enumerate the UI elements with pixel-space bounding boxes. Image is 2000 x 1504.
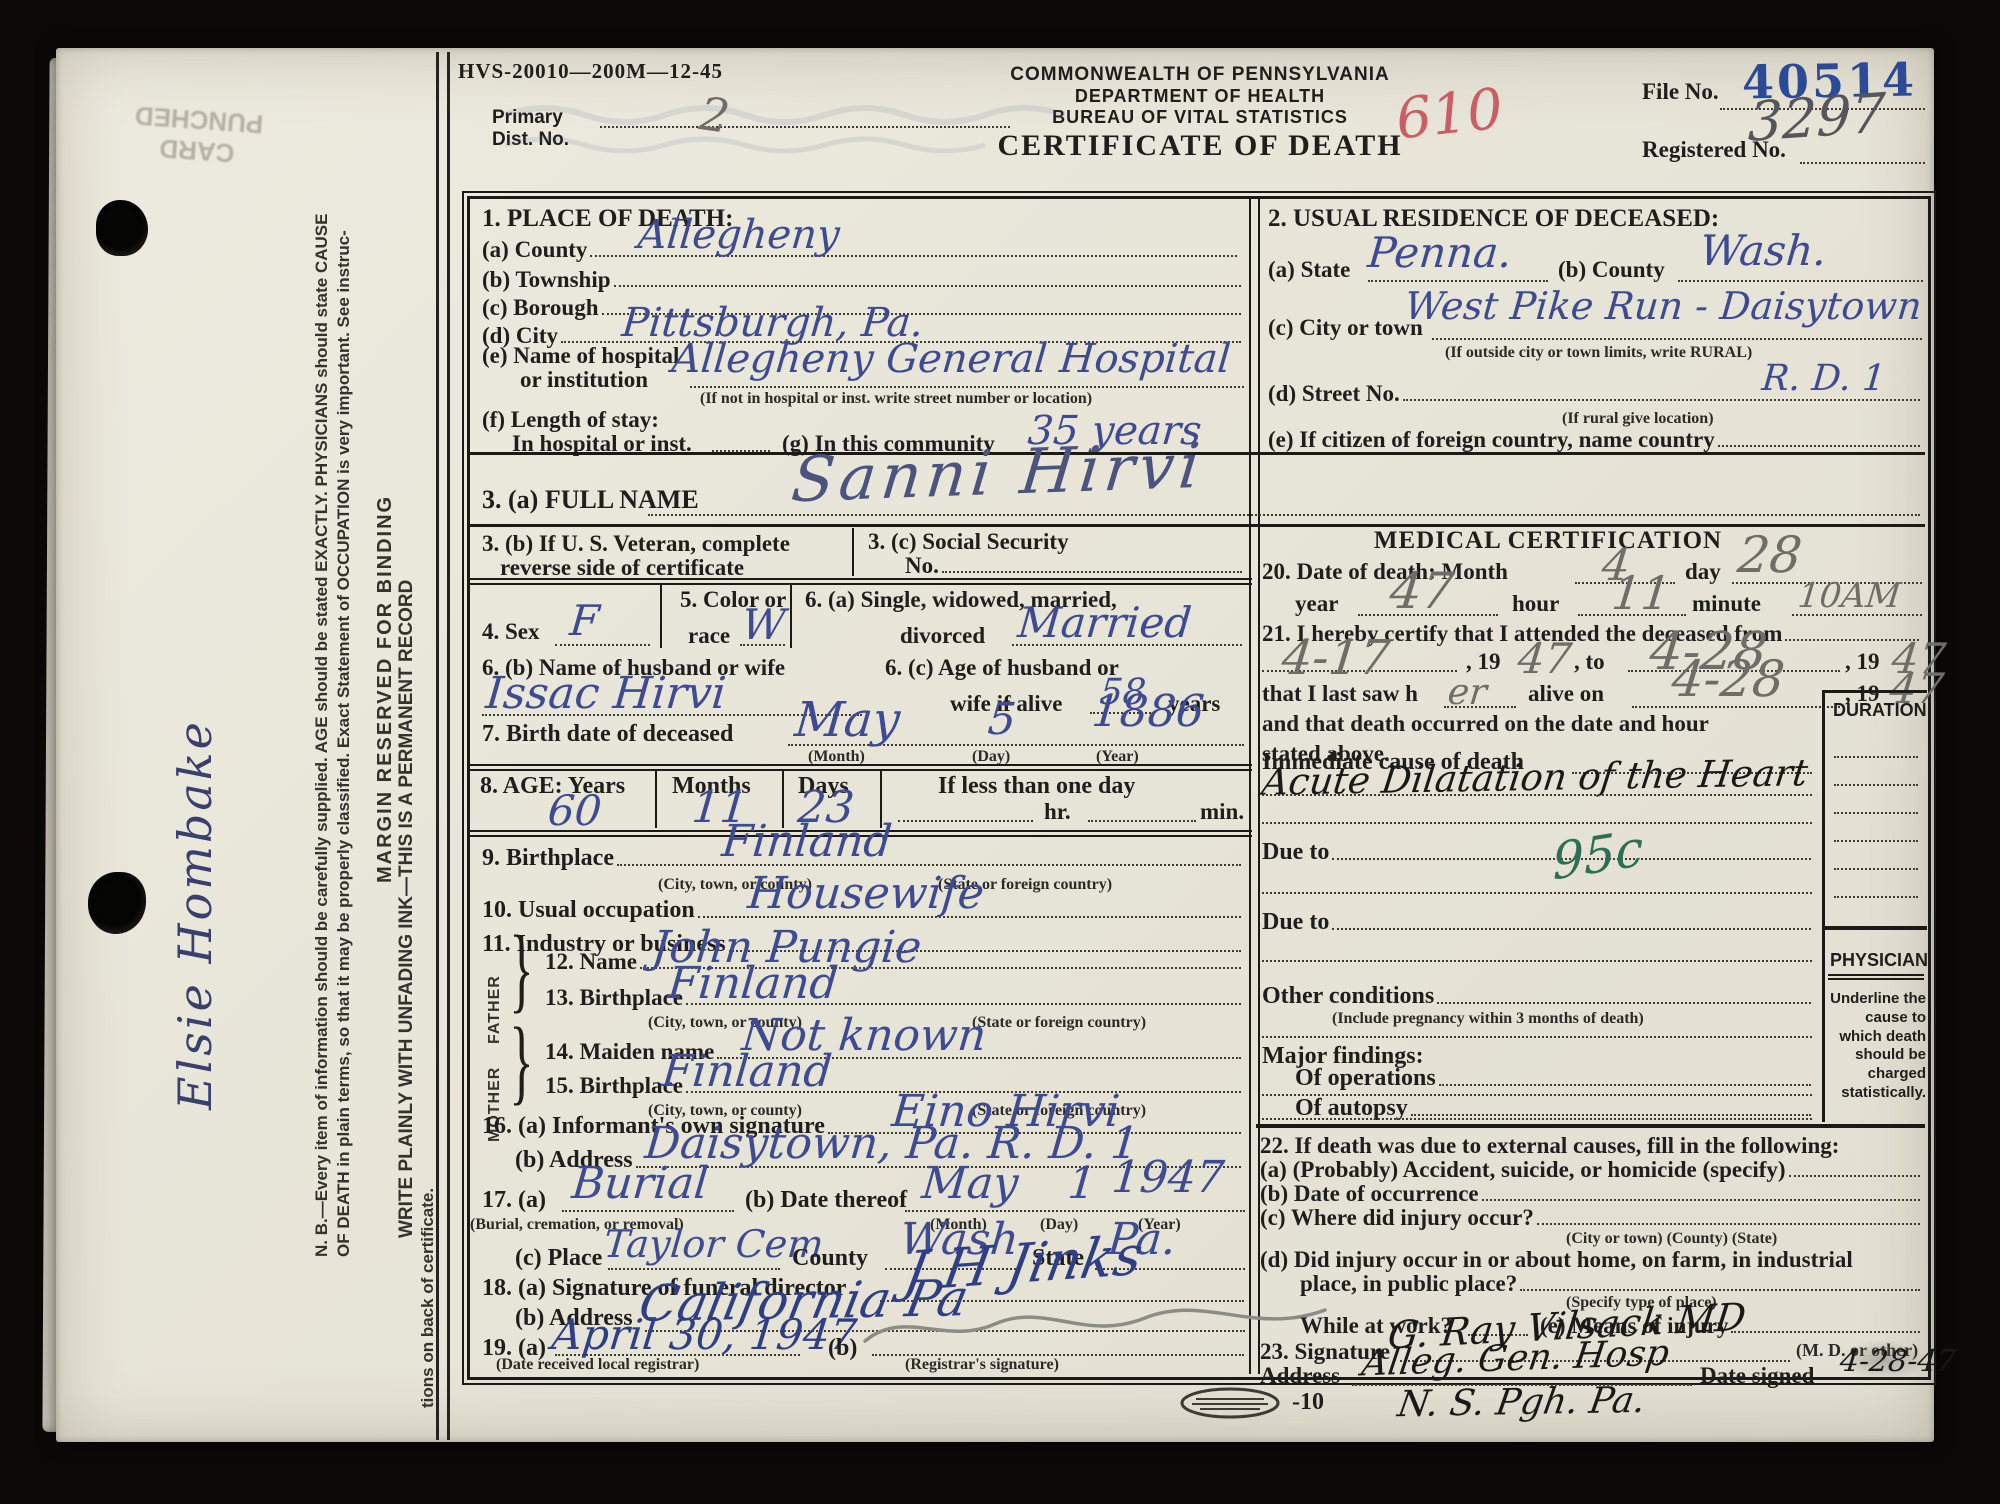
margin-note-nb2: OF DEATH in plain terms, so that it may …: [334, 112, 354, 1257]
physician-addr-value-2: N. S. Pgh. Pa.: [1395, 1380, 1649, 1425]
veteran-label-2: reverse side of certificate: [500, 556, 744, 580]
rule: [467, 583, 1252, 585]
registered-no-value: 3297: [1747, 81, 1886, 154]
ssn-label-1: 3. (c) Social Security: [868, 530, 1069, 554]
marital-value: Married: [1016, 598, 1194, 647]
last-saw-label: that I last saw h: [1262, 682, 1418, 706]
dotted-line: [1834, 896, 1918, 898]
rule: [1828, 974, 1924, 976]
dotted-line: [1834, 840, 1918, 842]
margin-note-ink: WRITE PLAINLY WITH UNFADING INK—THIS IS …: [396, 288, 418, 1238]
dotted-line: [1800, 162, 1925, 164]
mother-birthplace-value: Finland: [660, 1046, 834, 1097]
dotted-line: [1262, 1036, 1812, 1038]
race-label-2: race: [688, 624, 730, 648]
dotted-line: [614, 283, 1242, 287]
dotted-line: [1432, 338, 1922, 340]
burial-year-value: 1947: [1110, 1152, 1226, 1203]
age-less-label: If less than one day: [938, 774, 1135, 799]
birth-day-value: 5: [986, 694, 1018, 745]
dotted-line: [1718, 443, 1920, 447]
physician-addr-label: Address: [1260, 1364, 1340, 1388]
bleed-through-ghost: [500, 95, 1120, 165]
foreign-row: (e) If citizen of foreign country, name …: [1268, 428, 1923, 452]
birth-month-value: May: [793, 692, 903, 748]
duration-box-top: [1822, 690, 1927, 693]
rule: [1256, 1124, 1925, 1128]
dotted-line: [562, 1210, 734, 1212]
file-no-label: File No.: [1642, 80, 1719, 104]
father-name-label: 12. Name: [545, 950, 637, 974]
death-day-label: day: [1685, 560, 1721, 584]
dotted-line: [1834, 784, 1918, 786]
cell-divider: [660, 585, 662, 648]
last-seen-value: 4-28: [1669, 650, 1787, 708]
print-to: , to: [1574, 650, 1605, 674]
org-line1: COMMONWEALTH OF PENNSYLVANIA: [950, 64, 1450, 86]
due-to-1-label: Due to: [1262, 840, 1329, 865]
dotted-line: [1262, 960, 1812, 962]
father-birthplace-value: Finland: [666, 958, 840, 1009]
column-divider: [1249, 196, 1260, 1374]
death-minute-value: 10AM: [1796, 576, 1903, 616]
burial-value: Burial: [570, 1158, 711, 1209]
death-minute-label: minute: [1692, 592, 1761, 616]
marital-label-2: divorced: [900, 624, 985, 648]
footer-code: -10: [1292, 1390, 1324, 1415]
dotted-line: [1444, 706, 1516, 708]
burial-month-value: May: [920, 1158, 1021, 1209]
dotted-line: [1482, 1197, 1920, 1201]
hospital-label-2: or institution: [520, 368, 648, 392]
res-county-value: Wash.: [1698, 226, 1829, 275]
operations-label: Of operations: [1295, 1066, 1436, 1091]
attended-from-yy: 47: [1515, 634, 1574, 683]
death-day-value: 28: [1735, 526, 1805, 584]
dotted-line: [1437, 1000, 1811, 1004]
mother-brace: }: [509, 1008, 533, 1117]
registrar-date-caption: (Date received local registrar): [496, 1356, 699, 1374]
hospital-caption: (If not in hospital or inst. write stree…: [700, 390, 1092, 408]
father-birthplace-row: 13. Birthplace: [545, 986, 1244, 1010]
other-conditions-row: Other conditions: [1262, 984, 1814, 1009]
dotted-line: [898, 820, 1033, 822]
dotted-line: [1403, 397, 1920, 401]
dotted-line: [1262, 892, 1812, 894]
full-name-value: Sanni Hirvi: [788, 429, 1208, 517]
dotted-line: [1789, 1173, 1920, 1177]
other-conditions-caption: (Include pregnancy within 3 months of de…: [1332, 1010, 1644, 1028]
dotted-line: [1262, 822, 1812, 824]
external-c-caption: (City or town) (County) (State): [1566, 1230, 1777, 1248]
ssn-row: No.: [905, 554, 1245, 578]
operations-row: Of operations: [1295, 1066, 1814, 1091]
spouse-value: Issac Hirvi: [484, 668, 728, 719]
external-d-row: place, in public place?: [1300, 1272, 1923, 1296]
county-label: (a) County: [482, 238, 587, 262]
margin-note-nb3: tions on back of certificate.: [418, 1058, 438, 1408]
print-19a: , 19: [1466, 650, 1501, 674]
county-row: (a) County: [482, 238, 1240, 262]
external-d-label-1: (d) Did injury occur in or about home, o…: [1260, 1248, 1853, 1272]
duration-label: DURATION: [1833, 700, 1927, 721]
dotted-line: [690, 386, 1244, 388]
dotted-line: [1537, 1221, 1920, 1225]
burial-county-label: County: [792, 1246, 868, 1271]
cell-divider: [790, 585, 792, 648]
margin-note-nb1: N. B.—Every item of information should b…: [312, 112, 332, 1257]
birthplace-label: 9. Birthplace: [482, 846, 614, 871]
occupation-value: Housewife: [746, 868, 986, 919]
foreign-label: (e) If citizen of foreign country, name …: [1268, 428, 1715, 452]
street-row: (d) Street No.: [1268, 382, 1923, 406]
attended-from-value: 4-17: [1279, 630, 1393, 686]
external-c-label: (c) Where did injury occur?: [1260, 1206, 1534, 1230]
dotted-line: [1368, 280, 1548, 282]
print-19b: , 19: [1845, 650, 1880, 674]
dotted-line: [1439, 1082, 1811, 1086]
cell-divider: [655, 771, 657, 828]
registrar-sig-caption: (Registrar's signature): [905, 1356, 1059, 1374]
death-hour-value: 11: [1609, 566, 1673, 620]
external-heading: 22. If death was due to external causes,…: [1260, 1134, 1839, 1158]
township-label: (b) Township: [482, 268, 611, 292]
birthdate-label: 7. Birth date of deceased: [482, 722, 733, 747]
card-punched-stamp: CARD PUNCHED: [126, 99, 270, 171]
dotted-line: [1731, 1329, 1920, 1333]
alive-on-label: alive on: [1528, 682, 1604, 706]
form-code: HVS-20010—200M—12-45: [458, 60, 723, 82]
hospital-label-1: (e) Name of hospital: [482, 344, 679, 368]
borough-label: (c) Borough: [482, 296, 599, 320]
hr-label: hr.: [1044, 800, 1071, 824]
external-b-row: (b) Date of occurrence: [1260, 1182, 1923, 1206]
dotted-line: [608, 1268, 780, 1270]
county-value: Allegheny: [636, 212, 842, 258]
sex-value: F: [568, 596, 601, 645]
res-county-label: (b) County: [1558, 258, 1665, 282]
death-year-label: year: [1295, 592, 1338, 616]
physician-note: Underline the cause to which death shoul…: [1826, 990, 1926, 1103]
due-to-2-row: Due to: [1262, 910, 1814, 935]
date-signed-value: 4-28-47: [1838, 1344, 1957, 1379]
external-b-label: (b) Date of occurrence: [1260, 1182, 1479, 1206]
race-value: W: [740, 600, 787, 649]
duration-box-left: [1822, 690, 1825, 1122]
dotted-line: [1262, 794, 1812, 796]
parents-caption-2: (State or foreign country): [972, 1014, 1146, 1032]
stay-label-1: (f) Length of stay:: [482, 408, 659, 432]
death-hour-label: hour: [1512, 592, 1559, 616]
township-row: (b) Township: [482, 268, 1244, 292]
margin-note-binding: MARGIN RESERVED FOR BINDING: [374, 438, 397, 883]
duration-box-divider: [1822, 926, 1927, 930]
father-birthplace-label: 13. Birthplace: [545, 986, 683, 1010]
age-years-value: 60: [546, 786, 604, 835]
other-conditions-label: Other conditions: [1262, 984, 1434, 1009]
birth-year-value: 1886: [1090, 686, 1206, 737]
dotted-line: [1834, 756, 1918, 758]
rule: [1828, 978, 1924, 980]
burial-date-label: (b) Date thereof: [745, 1188, 907, 1213]
sex-label: 4. Sex: [482, 620, 540, 644]
res-city-label: (c) City or town: [1268, 316, 1423, 340]
rule: [467, 578, 1252, 580]
dotted-line: [905, 1210, 1245, 1212]
punch-hole-top: [96, 200, 148, 256]
burial-place-label: (c) Place: [515, 1246, 602, 1271]
death-date-label: 20. Date of death: Month: [1262, 560, 1508, 584]
union-label-icon: [1178, 1386, 1288, 1420]
margin-double-rule: [436, 52, 450, 1440]
registrar-sig-label: (b): [828, 1336, 857, 1361]
photograph-of-death-certificate: { "header": { "form_code": "HVS-20010—20…: [0, 0, 2000, 1504]
dotted-line: [1678, 280, 1923, 282]
dotted-line: [1262, 1118, 1812, 1120]
margin-pencil-name: Elsie Hombake: [168, 490, 222, 1110]
physician-label: PHYSICIAN: [1830, 950, 1928, 971]
burial-day-value: 1: [1066, 1158, 1098, 1209]
dotted-line: [617, 862, 1241, 866]
res-city-value: West Pike Run - Daisytown: [1403, 284, 1923, 328]
min-label: min.: [1200, 800, 1244, 824]
due-to-2-label: Due to: [1262, 910, 1329, 935]
street-caption: (If rural give location): [1562, 410, 1714, 428]
dotted-line: [1834, 812, 1918, 814]
father-side-label: FATHER: [486, 948, 504, 1044]
burial-label: 17. (a): [482, 1188, 546, 1213]
registrar-date-value: April 30, 1947: [549, 1310, 859, 1359]
external-a-row: (a) (Probably) Accident, suicide, or hom…: [1260, 1158, 1923, 1182]
red-stamp-610: 610: [1393, 77, 1506, 153]
external-c-row: (c) Where did injury occur?: [1260, 1206, 1923, 1230]
due-to-1-row: Due to: [1262, 840, 1814, 865]
date-signed-label: Date signed: [1700, 1364, 1814, 1388]
hospital-value: Allegheny General Hospital: [670, 336, 1232, 382]
dotted-line: [1411, 1112, 1811, 1116]
informant-address-value: Daisytown, Pa. R. D. 1: [643, 1118, 1141, 1169]
state-label: (a) State: [1268, 258, 1350, 282]
dotted-line: [1332, 926, 1811, 930]
dotted-line: [1520, 1287, 1920, 1291]
dotted-line: [942, 569, 1242, 573]
occurred-label: and that death occurred on the date and …: [1262, 712, 1709, 736]
veteran-label-1: 3. (b) If U. S. Veteran, complete: [482, 532, 790, 556]
cell-divider: [852, 528, 854, 576]
res-city-caption: (If outside city or town limits, write R…: [1445, 344, 1752, 362]
external-a-label: (a) (Probably) Accident, suicide, or hom…: [1260, 1158, 1786, 1182]
rule: [467, 764, 1252, 766]
rule: [467, 769, 1252, 771]
dotted-line: [1834, 868, 1918, 870]
full-name-label: 3. (a) FULL NAME: [482, 486, 699, 513]
ssn-label-2: No.: [905, 554, 939, 578]
spouse-age-label-1: 6. (c) Age of husband or: [885, 656, 1119, 680]
state-value: Penna.: [1366, 228, 1514, 277]
dotted-line: [1088, 820, 1196, 822]
death-year-value: 47: [1387, 562, 1457, 620]
external-d-label-2: place, in public place?: [1300, 1272, 1517, 1296]
birthplace-value: Finland: [720, 816, 894, 867]
street-label: (d) Street No.: [1268, 382, 1400, 406]
